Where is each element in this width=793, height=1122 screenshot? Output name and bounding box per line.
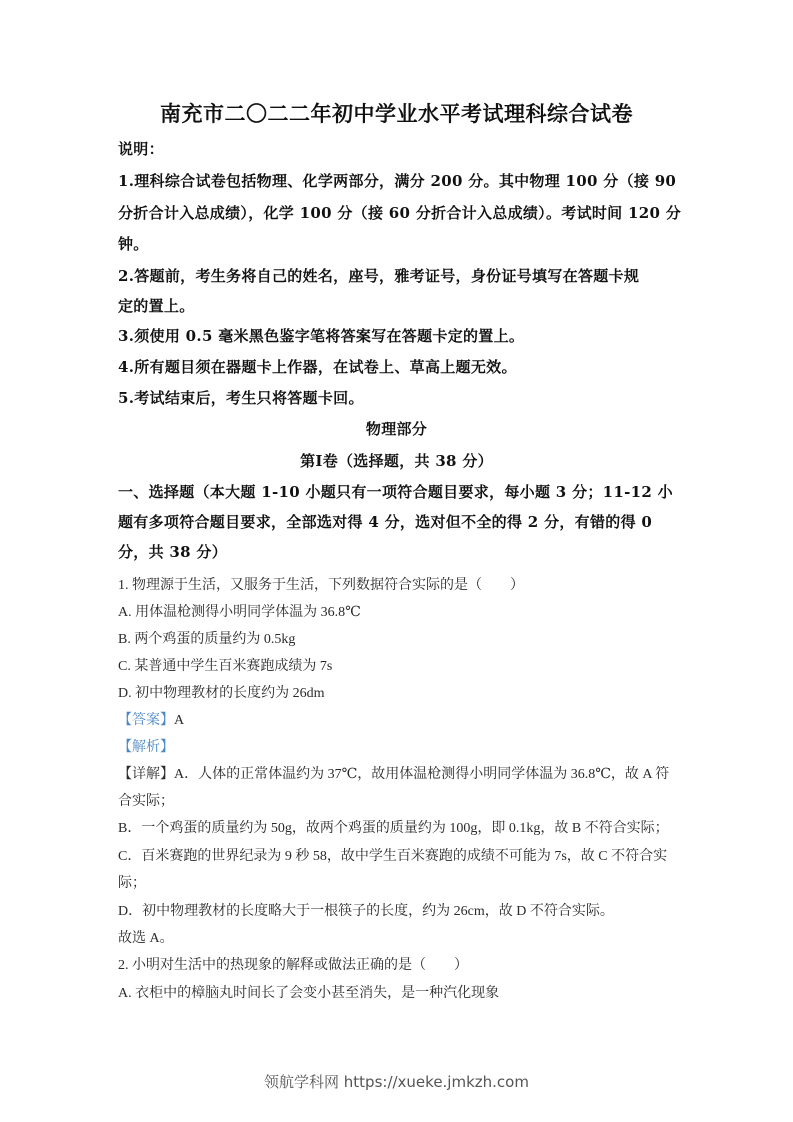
document-page: 南充市二〇二二年初中学业水平考试理科综合试卷 说明： 1.理科综合试卷包括物理、… xyxy=(0,0,793,1122)
instruction-line: 2.答题前，考生务将自己的姓名，座号，雅考证号，身份证号填写在答题卡规 xyxy=(118,265,639,286)
instruction-line: 分折合计入总成绩），化学 100 分（接 60 分折合计入总成绩）。考试时间 1… xyxy=(118,202,681,223)
detail-line: 合实际； xyxy=(118,790,174,810)
question-2-option-a: A. 衣柜中的樟脑丸时间长了会变小甚至消失，是一种汽化现象 xyxy=(118,982,499,1002)
conclusion-line: 故选 A。 xyxy=(118,927,174,947)
instruction-line: 1.理科综合试卷包括物理、化学两部分，满分 200 分。其中物理 100 分（接… xyxy=(118,170,676,191)
analysis-row: 【解析】 xyxy=(118,736,174,756)
instructions-heading: 说明： xyxy=(118,138,164,159)
question-1-option-d: D. 初中物理教材的长度约为 26dm xyxy=(118,682,325,702)
question-2-stem: 2. 小明对生活中的热现象的解释或做法正确的是（ ） xyxy=(118,954,468,974)
question-1-stem: 1. 物理源于生活，又服务于生活，下列数据符合实际的是（ ） xyxy=(118,574,524,594)
section-instruction-line: 题有多项符合题目要求，全部选对得 4 分，选对但不全的得 2 分，有错的得 0 xyxy=(118,511,652,532)
question-1-option-a: A. 用体温枪测得小明同学体温为 36.8℃ xyxy=(118,601,361,621)
footer-watermark: 领航学科网 https://xueke.jmkzh.com xyxy=(0,1071,793,1092)
instruction-line: 钟。 xyxy=(118,233,149,254)
detail-line: A．人体的正常体温约为 37℃，故用体温枪测得小明同学体温为 36.8℃，故 A… xyxy=(174,767,669,782)
question-1-option-c: C. 某普通中学生百米赛跑成绩为 7s xyxy=(118,655,332,675)
section-title: 物理部分 xyxy=(0,418,793,439)
answer-row: 【答案】A xyxy=(118,709,184,729)
analysis-label: 【解析】 xyxy=(118,740,174,755)
answer-label: 【答案】 xyxy=(118,713,174,728)
detail-row: 【详解】A．人体的正常体温约为 37℃，故用体温枪测得小明同学体温为 36.8℃… xyxy=(118,763,669,783)
detail-line: B．一个鸡蛋的质量约为 50g，故两个鸡蛋的质量约为 100g，即 0.1kg，… xyxy=(118,817,669,837)
detail-line: D．初中物理教材的长度略大于一根筷子的长度，约为 26cm，故 D 不符合实际。 xyxy=(118,900,614,920)
section-instruction-line: 一、选择题（本大题 1-10 小题只有一项符合题目要求，每小题 3 分；11-1… xyxy=(118,481,673,502)
instruction-line: 定的置上。 xyxy=(118,295,195,316)
answer-value: A xyxy=(174,713,184,728)
section-instruction-line: 分，共 38 分） xyxy=(118,541,227,562)
part-title: 第Ⅰ卷（选择题，共 38 分） xyxy=(0,450,793,471)
instruction-line: 4.所有题目须在器题卡上作器，在试卷上、草高上题无效。 xyxy=(118,356,517,377)
question-1-option-b: B. 两个鸡蛋的质量约为 0.5kg xyxy=(118,628,295,648)
detail-label: 【详解】 xyxy=(118,767,174,782)
detail-line: C．百米赛跑的世界纪录为 9 秒 58，故中学生百米赛跑的成绩不可能为 7s，故… xyxy=(118,845,667,865)
instruction-line: 5.考试结束后，考生只将答题卡回。 xyxy=(118,387,364,408)
page-title: 南充市二〇二二年初中学业水平考试理科综合试卷 xyxy=(0,98,793,128)
instruction-line: 3.须使用 0.5 毫米黑色鉴字笔将答案写在答题卡定的置上。 xyxy=(118,325,524,346)
detail-line: 际； xyxy=(118,872,146,892)
